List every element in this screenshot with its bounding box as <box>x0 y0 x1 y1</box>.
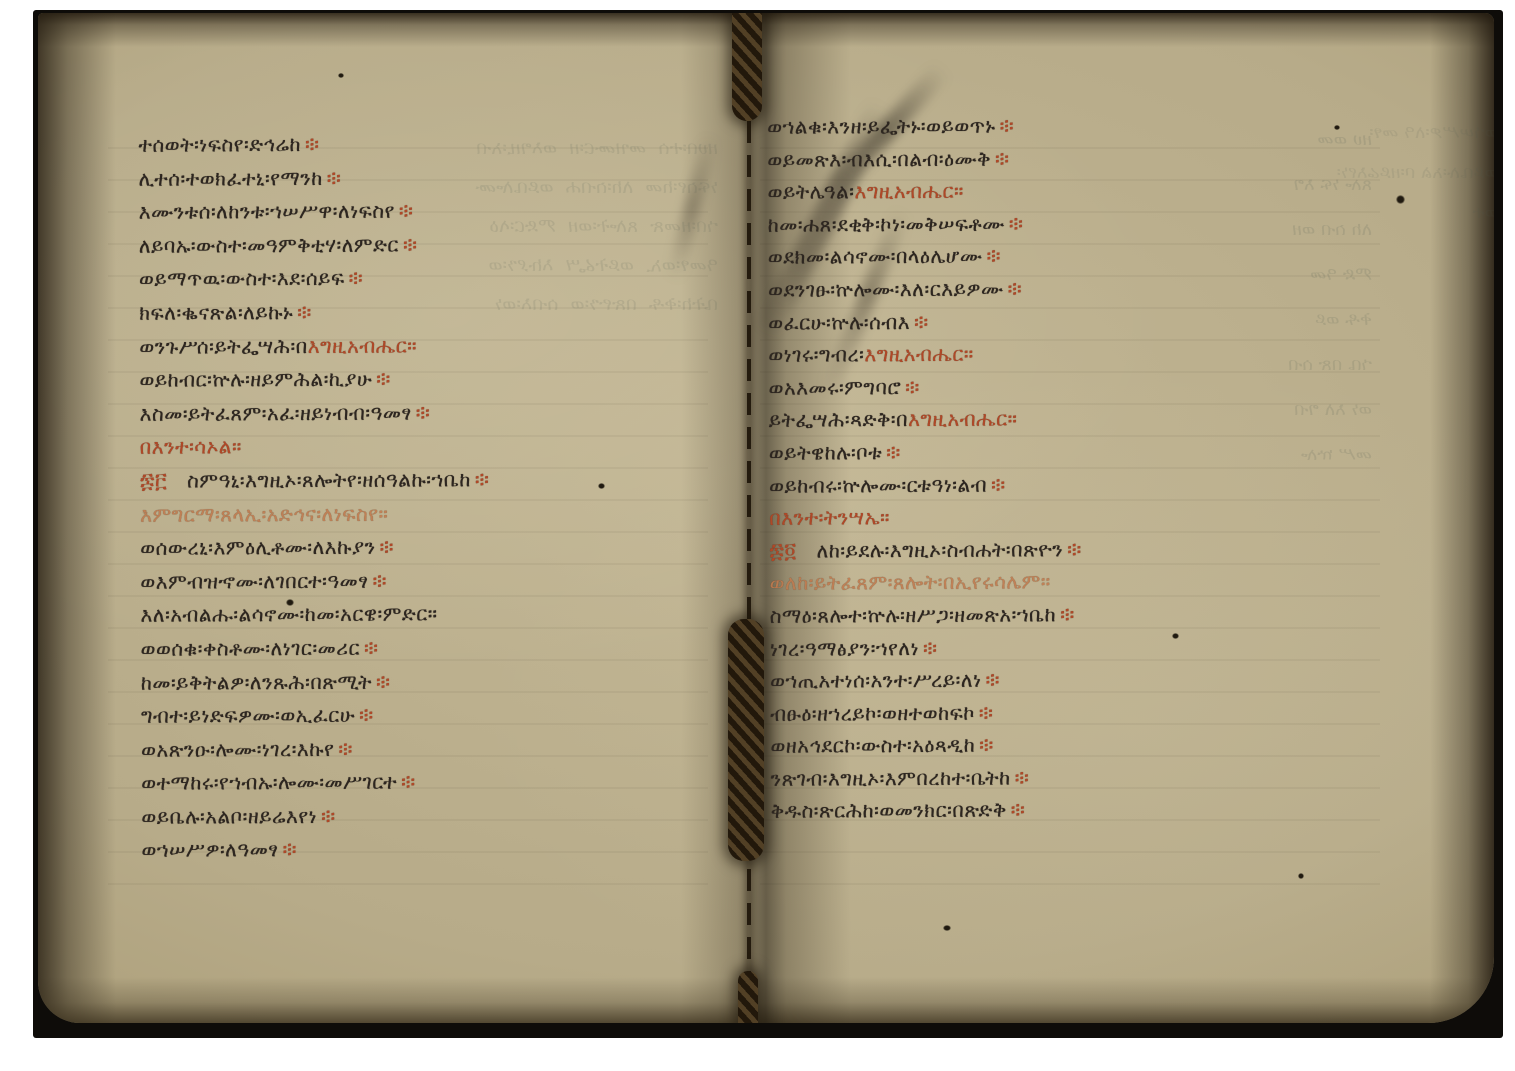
verse-end-mark: ፨ <box>323 165 342 189</box>
verse-end-mark: ፨ <box>355 703 374 727</box>
rubric-text: እግዚአብሔር። <box>908 407 1018 432</box>
verse-end-mark: ፨ <box>1004 276 1023 300</box>
stain-spot <box>1396 195 1405 204</box>
verse-end-mark: ፨ <box>1005 211 1024 235</box>
verse-line: ወደንገፁ፡ኵሎሙ፡እለ፡ርእይዎሙ፨ <box>768 276 1081 310</box>
rubric-line: በእንተ፡ትንሣኤ። <box>769 504 1082 538</box>
verse-text: ወእምብዝኆሙ፡ለገበርተ፡ዓመፃ <box>140 568 368 593</box>
verse-line-with-chapter-number: ፷፬ለከ፡ይደሉ፡እግዚኦ፡ስብሐት፡በጽዮን፨ <box>769 537 1082 571</box>
binding-stitch-top <box>732 13 762 121</box>
verse-text: ብፁዕ፡ዘኀረይኮ፡ወዘተወከፍኮ <box>770 700 975 725</box>
verse-line: ወእምብዝኆሙ፡ለገበርተ፡ዓመፃ፨ <box>140 568 490 603</box>
verse-text: እሙንቱሰ፡ለከንቱ፡ኀሠሥዋ፡ለነፍስየ <box>139 199 395 224</box>
verse-text: ወይትሌዓል፡ <box>767 180 854 204</box>
scanned-photo-canvas: ዘሀበ፡ተሰ መዝሙር፡ዘ ወእግዚ፡አብ ነፍስየ፡ከመ ለከ፡ስብሐ ወይቤ… <box>0 0 1515 1071</box>
faded-rubric-text: እምግርማ፡ጸላኢ፡አድኅና፡ለነፍስየ። <box>140 501 388 526</box>
binding-stitch-middle <box>728 619 764 861</box>
stain-spot <box>338 73 344 78</box>
chapter-number: ፷፬ <box>769 538 796 562</box>
rubric-text: በእንተ፡ሳኦል። <box>140 435 242 459</box>
verse-text: ስማዕ፡ጸሎተ፡ኵሉ፡ዘሥጋ፡ዘመጽአ፡ኀቤከ <box>770 602 1057 627</box>
verse-text: ለከ፡ይደሉ፡እግዚኦ፡ስብሐት፡በጽዮን <box>817 537 1064 562</box>
verse-text: ተሰወት፡ነፍስየ፡ድኅሬከ <box>138 132 301 157</box>
verse-end-mark: ፨ <box>368 568 387 592</box>
verse-end-mark: ፨ <box>360 636 379 660</box>
text-column-left-page: ተሰወት፡ነፍስየ፡ድኅሬከ፨ሊተሰ፡ተወክፈተኒ፡የማንከ፨እሙንቱሰ፡ለከን… <box>138 131 491 872</box>
verse-end-mark: ፨ <box>471 467 490 491</box>
verse-text: ወተማከሩ፡የኀብኡ፡ሎሙ፡መሥገርተ <box>141 770 397 795</box>
codex-photograph: ዘሀበ፡ተሰ መዝሙር፡ዘ ወእግዚ፡አብ ነፍስየ፡ከመ ለከ፡ስብሐ ወይቤ… <box>33 10 1503 1038</box>
bleed-through-text: ወኀሠሥዎ፡ለዓ መፃ፡ወይቤሉ፡አል ቦ፡ዘይሬእየነ፡ወተ <box>1328 113 1494 233</box>
verse-text: ሊተሰ፡ተወክፈተኒ፡የማንከ <box>139 166 323 191</box>
verse-text: ወወሰቁ፡ቀስቶሙ፡ለነገር፡መሪር <box>141 636 360 661</box>
verse-line: ወነገሩ፡ግብረ፡እግዚአብሔር። <box>768 341 1081 375</box>
verse-text: ወንጉሥሰ፡ይትፌሣሕ፡በ <box>139 334 307 359</box>
smudge-mark <box>666 133 718 282</box>
verse-end-mark: ፨ <box>919 635 938 659</box>
bleed-through-text: ዘሀበ፡ተሰ መዝሙር፡ዘ ወእግዚ፡አብ ነፍስየ፡ከመ ለከ፡ስብሐ ወይቤ… <box>468 129 718 324</box>
verse-line: ወይትሌዓል፡እግዚአብሔር። <box>767 178 1080 212</box>
verse-text: ወይትዌከሉ፡ቦቱ <box>769 440 882 465</box>
verse-line: ወኀሠሥዎ፡ለዓመፃ፨ <box>141 837 491 872</box>
rubric-line: እምግርማ፡ጸላኢ፡አድኅና፡ለነፍስየ። <box>140 501 490 536</box>
verse-end-mark: ፨ <box>996 114 1015 138</box>
chapter-number: ፷፫ <box>140 469 167 493</box>
verse-line: ወአእመሩ፡ምግባሮ፨ <box>768 374 1081 408</box>
verse-end-mark: ፨ <box>910 310 929 334</box>
verse-text: ወዘአኅደርኮ፡ውስተ፡አዕጻዲከ <box>770 733 975 758</box>
verse-end-mark: ፨ <box>412 400 431 424</box>
rubric-text: እግዚአብሔር። <box>308 333 417 357</box>
binding-seam <box>747 19 751 1013</box>
verse-text: እለ፡አብልሑ፡ልሳኖሙ፡ከመ፡አርዌ፡ምድር። <box>140 602 437 627</box>
page-edge-bottom-shadow <box>38 977 1494 1023</box>
verse-line: ወይከብር፡ኵሉ፡ዘይምሕል፡ኪያሁ፨ <box>139 366 489 401</box>
verse-line: ወኀልቁ፡እንዘ፡ይፌትኑ፡ወይወጥኑ፨ <box>767 113 1080 147</box>
verse-text: ንጽገብ፡እግዚኦ፡እምበረከተ፡ቤትከ <box>771 765 1011 790</box>
verse-text: ወደንገፁ፡ኵሎሙ፡እለ፡ርእይዎሙ <box>768 277 1004 302</box>
verse-line: ወተማከሩ፡የኀብኡ፡ሎሙ፡መሥገርተ፨ <box>141 770 491 805</box>
verse-line: እለ፡አብልሑ፡ልሳኖሙ፡ከመ፡አርዌ፡ምድር። <box>140 602 490 637</box>
verse-end-mark: ፨ <box>375 535 394 559</box>
verse-line: ወይማጥዉ፡ውስተ፡እደ፡ሰይፍ፨ <box>139 266 489 301</box>
rubric-text: በእንተ፡ትንሣኤ። <box>769 505 890 530</box>
verse-line: ወይትዌከሉ፡ቦቱ፨ <box>769 439 1082 473</box>
verse-line: ወዘአኅደርኮ፡ውስተ፡አዕጻዲከ፨ <box>770 732 1083 766</box>
stain-spot <box>1334 125 1340 130</box>
verse-line: ወፈርሁ፡ኵሉ፡ሰብእ፨ <box>768 309 1081 343</box>
verse-end-mark: ፨ <box>372 669 391 693</box>
page-edge-top-shadow <box>38 13 1494 47</box>
text-column-right-page: ወኀልቁ፡እንዘ፡ይፌትኑ፡ወይወጥኑ፨ወይመጽእ፡ብእሲ፡በልብ፡ዕሙቅ፨ወይ… <box>767 113 1083 832</box>
verse-text: ወአጽንዑ፡ሎሙ፡ነገረ፡እኩየ <box>141 737 334 762</box>
verse-end-mark: ፨ <box>1063 537 1082 561</box>
verse-text: ይትፌሣሕ፡ጻድቅ፡በ <box>769 407 908 432</box>
verse-line: ወይቤሉ፡አልቦ፡ዘይሬእየነ፨ <box>141 803 491 838</box>
verse-line: ነገረ፡ዓማፅያን፡ኀየለነ፨ <box>770 635 1083 669</box>
rubric-text: እግዚአብሔር። <box>864 342 974 367</box>
verse-line: ንጽገብ፡እግዚኦ፡እምበረከተ፡ቤትከ፨ <box>771 765 1084 799</box>
verse-end-mark: ፨ <box>397 770 416 794</box>
verse-line: ለይባኡ፡ውስተ፡መዓምቅቲሃ፡ለምድር፨ <box>139 232 489 267</box>
rubric-line: ወለከ፡ይትፈጸም፡ጸሎት፡በኢየሩሳሌም። <box>770 569 1083 603</box>
verse-end-mark: ፨ <box>395 199 414 223</box>
verse-text: ቅዱስ፡ጽርሕከ፡ወመንክር፡በጽድቅ <box>771 798 1007 823</box>
verse-text: ስምዓኒ፡እግዚኦ፡ጸሎትየ፡ዘሰዓልኩ፡ኀቤከ <box>187 467 471 492</box>
verse-line: ብፁዕ፡ዘኀረይኮ፡ወዘተወከፍኮ፨ <box>770 700 1083 734</box>
verse-line: ወይከብሩ፡ኵሎሙ፡ርቱዓነ፡ልብ፨ <box>769 472 1082 506</box>
verse-end-mark: ፨ <box>987 472 1006 496</box>
verse-end-mark: ፨ <box>975 700 994 724</box>
verse-end-mark: ፨ <box>399 232 418 256</box>
stain-spot <box>1298 873 1304 879</box>
verse-line: ሊተሰ፡ተወክፈተኒ፡የማንከ፨ <box>139 165 489 200</box>
verse-line: ከመ፡ሐጸ፡ደቂቅ፡ኮነ፡መቅሠፍቶሙ፨ <box>768 211 1081 245</box>
verse-end-mark: ፨ <box>982 244 1001 268</box>
verse-text: ወነገሩ፡ግብረ፡ <box>768 342 864 367</box>
fore-edge-left <box>38 13 116 1023</box>
verse-text: ግብተ፡ይነድፍዎሙ፡ወኢፈርሁ <box>141 703 355 728</box>
stain-spot <box>598 483 605 489</box>
verse-text: ወይማጥዉ፡ውስተ፡እደ፡ሰይፍ <box>139 266 345 291</box>
verse-line: ወንጉሥሰ፡ይትፌሣሕ፡በእግዚአብሔር። <box>139 333 489 368</box>
verse-line: ስማዕ፡ጸሎተ፡ኵሉ፡ዘሥጋ፡ዘመጽአ፡ኀቤከ፨ <box>770 602 1083 636</box>
verse-text: ወሰውረኒ፡እምዕሊቶሙ፡ለእኩያን <box>140 535 375 560</box>
verse-line: ወአጽንዑ፡ሎሙ፡ነገረ፡እኩየ፨ <box>141 736 491 771</box>
verse-line: ግብተ፡ይነድፍዎሙ፡ወኢፈርሁ፨ <box>141 702 491 737</box>
verse-end-mark: ፨ <box>372 367 391 391</box>
verse-end-mark: ፨ <box>334 737 353 761</box>
verse-text: ከመ፡ይቅትልዎ፡ለንጹሕ፡በጽሚት <box>141 669 372 694</box>
rubric-text: እግዚአብሔር። <box>854 179 964 204</box>
bleed-through-text: ዘሀ ወመ ጸሎ ነፍ እግ ለከ ስብ ወዘ ምድ ዓመ ቅዱ ወይ ኀቤ በ… <box>1286 117 1372 477</box>
verse-text: ወይከብሩ፡ኵሎሙ፡ርቱዓነ፡ልብ <box>769 472 987 497</box>
verse-line: ወኀጢአተነሰ፡አንተ፡ሥረይ፡ለነ፨ <box>770 667 1083 701</box>
verse-end-mark: ፨ <box>901 375 920 399</box>
verse-end-mark: ፨ <box>1056 602 1075 626</box>
verse-line: ወደክመ፡ልሳኖሙ፡በላዕሌሆሙ፨ <box>768 244 1081 278</box>
verse-line-with-chapter-number: ፷፫ስምዓኒ፡እግዚኦ፡ጸሎትየ፡ዘሰዓልኩ፡ኀቤከ፨ <box>140 467 490 502</box>
verse-text: ወደክመ፡ልሳኖሙ፡በላዕሌሆሙ <box>768 244 983 269</box>
verse-text: ወፈርሁ፡ኵሉ፡ሰብእ <box>768 310 910 335</box>
verse-text: ወኀልቁ፡እንዘ፡ይፌትኑ፡ወይወጥኑ <box>767 114 996 139</box>
verse-text: እስመ፡ይትፈጸም፡አፈ፡ዘይነብብ፡ዓመፃ <box>140 400 412 425</box>
verse-line: ወሰውረኒ፡እምዕሊቶሙ፡ለእኩያን፨ <box>140 534 490 569</box>
binding-stitch-bottom <box>738 971 758 1023</box>
verse-text: ወአእመሩ፡ምግባሮ <box>768 375 901 400</box>
verse-line: ክፍለ፡ቈናጽል፡ለይኩኑ፨ <box>139 299 489 334</box>
verse-line: እሙንቱሰ፡ለከንቱ፡ኀሠሥዋ፡ለነፍስየ፨ <box>139 198 489 233</box>
verse-end-mark: ፨ <box>317 804 336 828</box>
verse-text: ወኀጢአተነሰ፡አንተ፡ሥረይ፡ለነ <box>770 668 982 693</box>
verse-end-mark: ፨ <box>1007 798 1026 822</box>
verse-end-mark: ፨ <box>975 733 994 757</box>
verse-end-mark: ፨ <box>293 300 312 324</box>
faded-rubric-text: ወለከ፡ይትፈጸም፡ጸሎት፡በኢየሩሳሌም። <box>770 570 1051 595</box>
verse-line: ተሰወት፡ነፍስየ፡ድኅሬከ፨ <box>138 131 488 166</box>
stain-spot <box>943 925 951 931</box>
verse-text: ለይባኡ፡ውስተ፡መዓምቅቲሃ፡ለምድር <box>139 232 399 257</box>
verse-line: ከመ፡ይቅትልዎ፡ለንጹሕ፡በጽሚት፨ <box>141 669 491 704</box>
verse-text: ወይከብር፡ኵሉ፡ዘይምሕል፡ኪያሁ <box>139 367 372 392</box>
verse-text: ወኀሠሥዎ፡ለዓመፃ <box>141 838 278 863</box>
verse-line: ቅዱስ፡ጽርሕከ፡ወመንክር፡በጽድቅ፨ <box>771 798 1084 832</box>
verse-text: ክፍለ፡ቈናጽል፡ለይኩኑ <box>139 300 293 325</box>
verse-end-mark: ፨ <box>991 146 1010 170</box>
verse-text: ወይቤሉ፡አልቦ፡ዘይሬእየነ <box>141 804 317 829</box>
verse-text: ነገረ፡ዓማፅያን፡ኀየለነ <box>770 636 919 661</box>
stain-spot <box>1172 633 1179 639</box>
verse-end-mark: ፨ <box>1011 765 1030 789</box>
fore-edge-right <box>1430 13 1494 1023</box>
verse-end-mark: ፨ <box>981 668 1000 692</box>
verse-text: ወይመጽእ፡ብእሲ፡በልብ፡ዕሙቅ <box>767 146 991 171</box>
verse-end-mark: ፨ <box>301 132 320 156</box>
verse-end-mark: ፨ <box>345 266 364 290</box>
verse-line: ወወሰቁ፡ቀስቶሙ፡ለነገር፡መሪር፨ <box>141 635 491 670</box>
verse-text: ከመ፡ሐጸ፡ደቂቅ፡ኮነ፡መቅሠፍቶሙ <box>768 211 1005 236</box>
verse-line: ወይመጽእ፡ብእሲ፡በልብ፡ዕሙቅ፨ <box>767 146 1080 180</box>
verse-end-mark: ፨ <box>278 838 297 862</box>
verse-line: እስመ፡ይትፈጸም፡አፈ፡ዘይነብብ፡ዓመፃ፨ <box>140 400 490 435</box>
rubric-line: በእንተ፡ሳኦል። <box>140 434 490 469</box>
verse-end-mark: ፨ <box>882 440 901 464</box>
verse-line: ይትፌሣሕ፡ጻድቅ፡በእግዚአብሔር። <box>769 407 1082 441</box>
